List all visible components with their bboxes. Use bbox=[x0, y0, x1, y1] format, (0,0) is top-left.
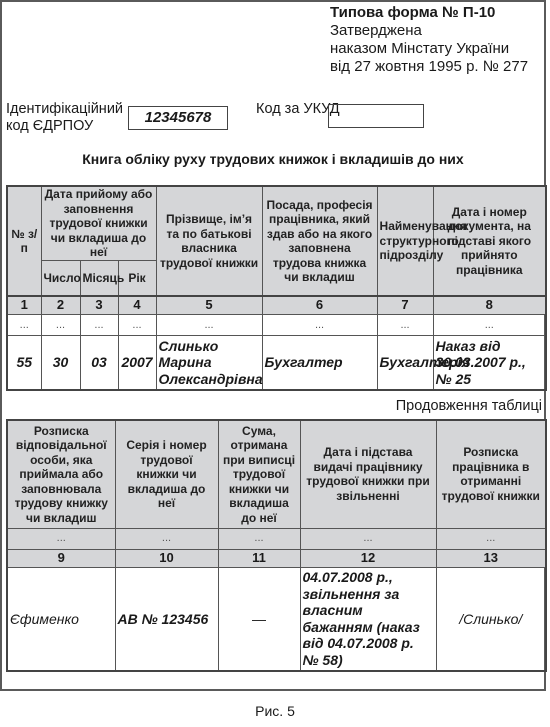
approved-line: Затверджена bbox=[330, 22, 528, 40]
approved-date-line: від 27 жовтня 1995 р. № 277 bbox=[330, 58, 528, 76]
col-number: 1 bbox=[7, 296, 41, 315]
approval-block: Типова форма № П-10 Затверджена наказом … bbox=[330, 4, 528, 76]
cell-name: Слинько Марина Олександрівна bbox=[156, 336, 262, 390]
header-date-group: Дата прийому або заповнення трудової кни… bbox=[41, 186, 156, 260]
col-number: 12 bbox=[300, 549, 436, 567]
header-receipt-employee: Розписка працівника в отриманні трудової… bbox=[436, 420, 546, 528]
header-series-number: Серія і номер трудової книжки чи вкладиш… bbox=[115, 420, 218, 528]
header-receipt-responsible: Розписка відповідальної особи, яка прийм… bbox=[7, 420, 115, 528]
col-number: 3 bbox=[80, 296, 118, 315]
cell-month: 03 bbox=[80, 336, 118, 390]
col-number: 7 bbox=[377, 296, 433, 315]
cell-unit: Бухгалтерія bbox=[377, 336, 433, 390]
col-number: 8 bbox=[433, 296, 546, 315]
col-number: 13 bbox=[436, 549, 546, 567]
col-number: 2 bbox=[41, 296, 80, 315]
ellipsis-cell: ... bbox=[41, 315, 80, 336]
header-num: № з/п bbox=[7, 186, 41, 296]
ellipsis-cell: ... bbox=[436, 528, 546, 549]
cell-series-number: АВ № 123456 bbox=[115, 567, 218, 671]
ellipsis-cell: ... bbox=[433, 315, 546, 336]
header-amount: Сума, отримана при виписці трудової книж… bbox=[218, 420, 300, 528]
cell-year: 2007 bbox=[118, 336, 156, 390]
ellipsis-cell: ... bbox=[156, 315, 262, 336]
figure-caption: Рис. 5 bbox=[0, 703, 550, 719]
column-number-row: 1 2 3 4 5 6 7 8 bbox=[7, 296, 546, 315]
ellipsis-cell: ... bbox=[262, 315, 377, 336]
book-title: Книга обліку руху трудових книжок і вкла… bbox=[0, 151, 546, 167]
employment-book-table-continuation: Розписка відповідальної особи, яка прийм… bbox=[6, 419, 547, 672]
cell-receipt-employee: /Слинько/ bbox=[436, 567, 546, 671]
col-number: 4 bbox=[118, 296, 156, 315]
col-number: 9 bbox=[7, 549, 115, 567]
continuation-label: Продовження таблиці bbox=[396, 398, 542, 414]
ukud-field[interactable] bbox=[328, 104, 424, 128]
employment-book-table: № з/п Дата прийому або заповнення трудов… bbox=[6, 185, 547, 391]
cell-receipt-responsible: Єфименко bbox=[7, 567, 115, 671]
ellipsis-row: ... ... ... ... ... bbox=[7, 528, 546, 549]
col-number: 10 bbox=[115, 549, 218, 567]
ellipsis-cell: ... bbox=[115, 528, 218, 549]
cell-day: 30 bbox=[41, 336, 80, 390]
col-number: 11 bbox=[218, 549, 300, 567]
ellipsis-cell: ... bbox=[7, 528, 115, 549]
ellipsis-cell: ... bbox=[7, 315, 41, 336]
approved-order-line: наказом Мінстату України bbox=[330, 40, 528, 58]
edrpou-label-line2: код ЄДРПОУ bbox=[6, 118, 123, 135]
header-unit: Найменування структурного підрозділу bbox=[377, 186, 433, 296]
ellipsis-cell: ... bbox=[80, 315, 118, 336]
ellipsis-cell: ... bbox=[118, 315, 156, 336]
ellipsis-cell: ... bbox=[218, 528, 300, 549]
column-number-row: 9 10 11 12 13 bbox=[7, 549, 546, 567]
cell-num: 55 bbox=[7, 336, 41, 390]
header-position: Посада, професія працівника, який здав а… bbox=[262, 186, 377, 296]
table-row: 55 30 03 2007 Слинько Марина Олександрів… bbox=[7, 336, 546, 390]
col-number: 6 bbox=[262, 296, 377, 315]
ellipsis-cell: ... bbox=[377, 315, 433, 336]
cell-position: Бухгалтер bbox=[262, 336, 377, 390]
edrpou-label: Ідентифікаційний код ЄДРПОУ bbox=[6, 101, 123, 135]
form-number: Типова форма № П-10 bbox=[330, 4, 528, 22]
col-number: 5 bbox=[156, 296, 262, 315]
header-month: Місяць bbox=[80, 260, 118, 296]
cell-amount: — bbox=[218, 567, 300, 671]
cell-doc: Наказ від 30.03.2007 р., № 25 bbox=[433, 336, 546, 390]
header-issue-date: Дата і підстава видачі працівнику трудов… bbox=[300, 420, 436, 528]
header-doc: Дата і номер документа, на підставі яког… bbox=[433, 186, 546, 296]
cell-issue-date: 04.07.2008 р., звільнення за власним баж… bbox=[300, 567, 436, 671]
header-day: Число bbox=[41, 260, 80, 296]
ellipsis-row: ... ... ... ... ... ... ... ... bbox=[7, 315, 546, 336]
edrpou-label-line1: Ідентифікаційний bbox=[6, 101, 123, 118]
table-row: Єфименко АВ № 123456 — 04.07.2008 р., зв… bbox=[7, 567, 546, 671]
header-name: Прізвище, ім’я та по батькові власника т… bbox=[156, 186, 262, 296]
edrpou-field[interactable]: 12345678 bbox=[128, 106, 228, 130]
ellipsis-cell: ... bbox=[300, 528, 436, 549]
